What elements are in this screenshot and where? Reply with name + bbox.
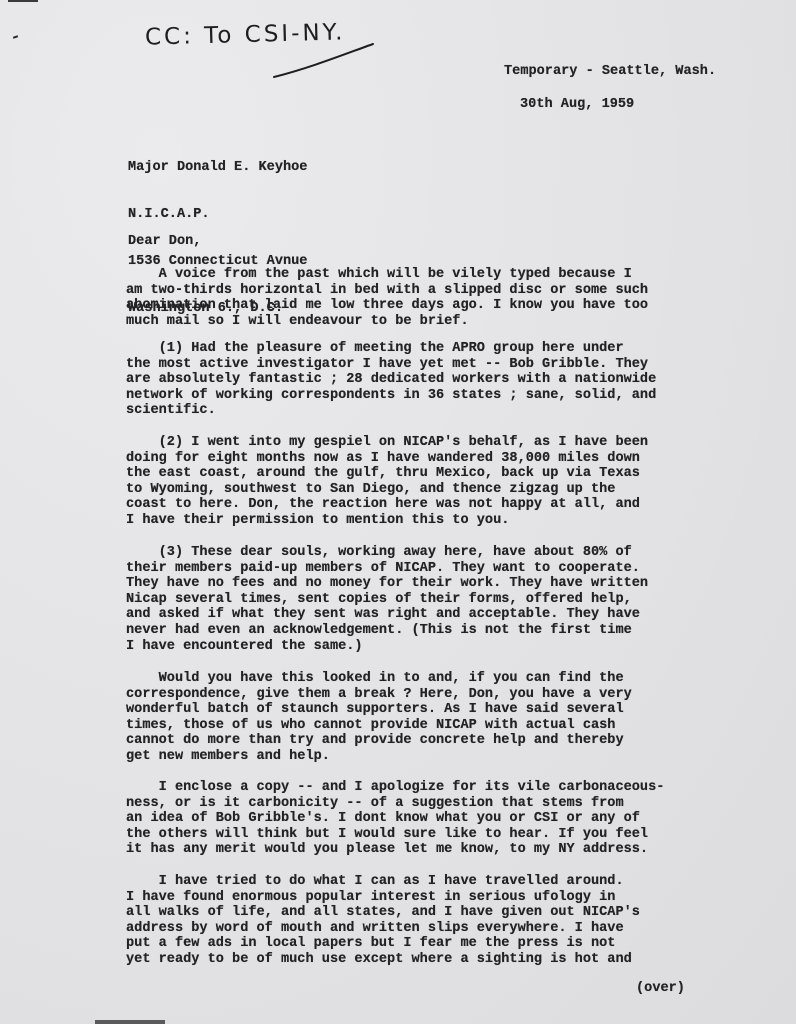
paragraph-line: Would you have this looked in to and, if… <box>126 671 632 687</box>
paragraph-line: A voice from the past which will be vile… <box>126 267 648 283</box>
paragraph-line: Nicap several times, sent copies of thei… <box>126 592 648 608</box>
paragraph-line: cannot do more than try and provide conc… <box>126 733 632 749</box>
paragraph-request: Would you have this looked in to and, if… <box>126 671 632 765</box>
paragraph-line: I have encountered the same.) <box>126 639 648 655</box>
handwritten-arrow-icon <box>265 40 385 85</box>
paragraph-line: scientific. <box>126 403 656 419</box>
paragraph-line: ness, or is it carbonicity -- of a sugge… <box>126 796 664 812</box>
paragraph-efforts: I have tried to do what I can as I have … <box>126 874 640 968</box>
paragraph-line: (2) I went into my gespiel on NICAP's be… <box>126 435 648 451</box>
paragraph-line: address by word of mouth and written sli… <box>126 921 640 937</box>
paragraph-line: I enclose a copy -- and I apologize for … <box>126 780 664 796</box>
continuation-note: (over) <box>636 981 685 997</box>
paragraph-line: their members paid-up members of NICAP. … <box>126 561 648 577</box>
scan-edge-mark <box>8 0 38 2</box>
paragraph-line: times, those of us who cannot provide NI… <box>126 718 632 734</box>
address-line: Major Donald E. Keyhoe <box>128 160 307 176</box>
paragraph-line: the others will think but I would sure l… <box>126 827 664 843</box>
letter-place: Temporary - Seattle, Wash. <box>504 64 716 80</box>
paragraph-line: yet ready to be of much use except where… <box>126 952 640 968</box>
paragraph-line: I have tried to do what I can as I have … <box>126 874 640 890</box>
paragraph-line: get new members and help. <box>126 749 632 765</box>
paragraph-line: to Wyoming, southwest to San Diego, and … <box>126 482 648 498</box>
paragraph-line: (1) Had the pleasure of meeting the APRO… <box>126 341 656 357</box>
paragraph-intro: A voice from the past which will be vile… <box>126 267 648 329</box>
paragraph-line: wonderful batch of staunch supporters. A… <box>126 702 632 718</box>
paragraph-members: (3) These dear souls, working away here,… <box>126 545 648 654</box>
paragraph-line: an idea of Bob Gribble's. I dont know wh… <box>126 811 664 827</box>
paragraph-enclosure: I enclose a copy -- and I apologize for … <box>126 780 664 858</box>
address-line: N.I.C.A.P. <box>128 207 307 223</box>
salutation: Dear Don, <box>128 234 201 250</box>
paragraph-line: network of working correspondents in 36 … <box>126 388 656 404</box>
paragraph-line: doing for eight months now as I have wan… <box>126 451 648 467</box>
paragraph-travels: (2) I went into my gespiel on NICAP's be… <box>126 435 648 529</box>
paragraph-line: never had even an acknowledgement. (This… <box>126 623 648 639</box>
paragraph-line: the most active investigator I have yet … <box>126 357 656 373</box>
paragraph-line: put a few ads in local papers but I fear… <box>126 936 640 952</box>
paragraph-line: all walks of life, and all states, and I… <box>126 905 640 921</box>
paragraph-line: and asked if what they sent was right an… <box>126 607 648 623</box>
paragraph-line: the east coast, around the gulf, thru Me… <box>126 466 648 482</box>
paragraph-apro-group: (1) Had the pleasure of meeting the APRO… <box>126 341 656 419</box>
paragraph-line: correspondence, give them a break ? Here… <box>126 687 632 703</box>
letter-date: 30th Aug, 1959 <box>520 97 634 113</box>
ink-speck <box>13 35 18 39</box>
paragraph-line: I have found enormous popular interest i… <box>126 890 640 906</box>
paragraph-line: much mail so I will endeavour to be brie… <box>126 314 648 330</box>
paragraph-line: abomination that laid me low three days … <box>126 298 648 314</box>
scan-edge-mark <box>95 1020 165 1024</box>
paragraph-line: am two-thirds horizontal in bed with a s… <box>126 283 648 299</box>
paragraph-line: (3) These dear souls, working away here,… <box>126 545 648 561</box>
paragraph-line: it has any merit would you please let me… <box>126 842 664 858</box>
paragraph-line: I have their permission to mention this … <box>126 513 648 529</box>
paragraph-line: They have no fees and no money for their… <box>126 576 648 592</box>
paragraph-line: are absolutely fantastic ; 28 dedicated … <box>126 372 656 388</box>
paragraph-line: coast to here. Don, the reaction here wa… <box>126 497 648 513</box>
